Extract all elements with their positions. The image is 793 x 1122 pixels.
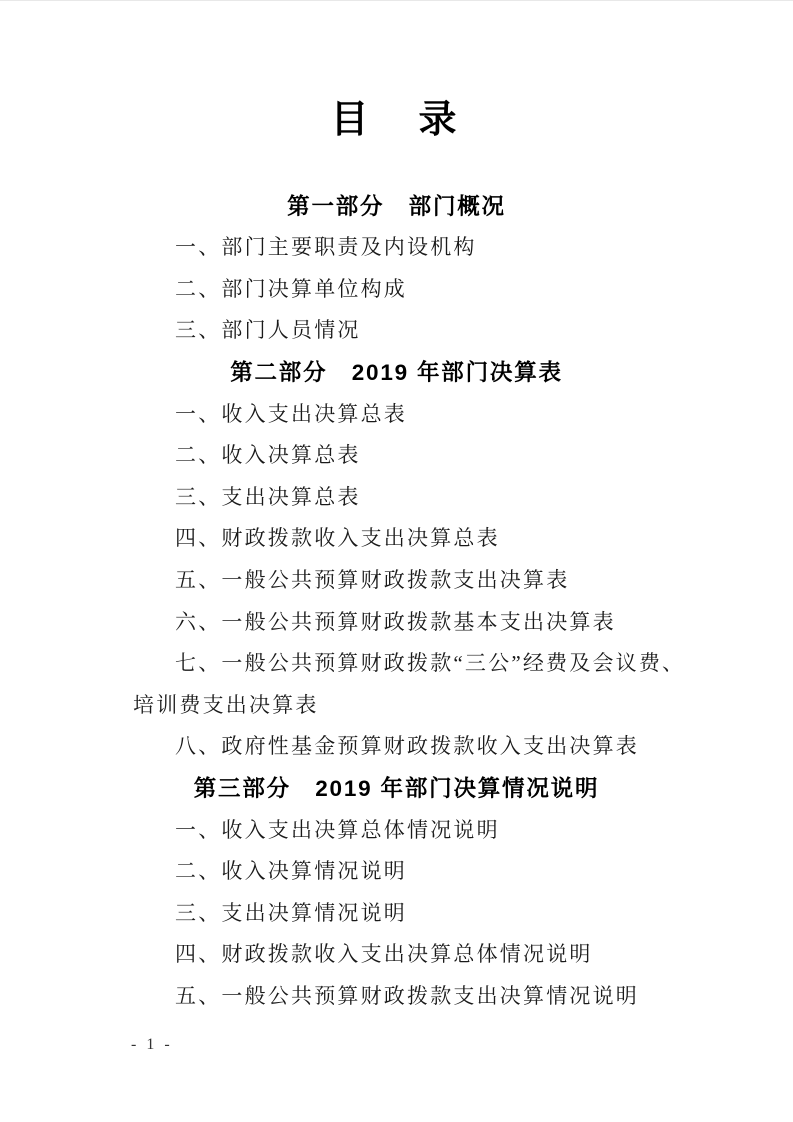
toc-item: 五、一般公共预算财政拨款支出决算表 xyxy=(133,558,660,600)
toc-item: 一、收入支出决算总表 xyxy=(133,392,660,434)
page-number: - 1 - xyxy=(131,1036,173,1054)
toc-item: 五、一般公共预算财政拨款支出决算情况说明 xyxy=(133,974,660,1016)
toc-item: 二、收入决算情况说明 xyxy=(133,849,660,891)
toc-item: 四、财政拨款收入支出决算总表 xyxy=(133,517,660,559)
document-page: 目 录 第一部分 部门概况 一、部门主要职责及内设机构 二、部门决算单位构成 三… xyxy=(0,0,793,1122)
toc-item: 三、支出决算情况说明 xyxy=(133,891,660,933)
toc-item: 三、支出决算总表 xyxy=(133,475,660,517)
toc-item: 一、部门主要职责及内设机构 xyxy=(133,225,660,267)
toc-item-continuation: 培训费支出决算表 xyxy=(133,683,660,725)
toc-item: 一、收入支出决算总体情况说明 xyxy=(133,808,660,850)
table-of-contents: 第一部分 部门概况 一、部门主要职责及内设机构 二、部门决算单位构成 三、部门人… xyxy=(0,184,793,1016)
toc-section-heading-part2: 第二部分 2019 年部门决算表 xyxy=(133,350,660,392)
toc-section-heading-part3: 第三部分 2019 年部门决算情况说明 xyxy=(133,766,660,808)
toc-item: 六、一般公共预算财政拨款基本支出决算表 xyxy=(133,600,660,642)
toc-item: 七、一般公共预算财政拨款“三公”经费及会议费、 xyxy=(133,641,660,683)
toc-item: 八、政府性基金预算财政拨款收入支出决算表 xyxy=(133,725,660,767)
toc-section-heading-part1: 第一部分 部门概况 xyxy=(133,184,660,226)
toc-item: 二、收入决算总表 xyxy=(133,433,660,475)
toc-item: 二、部门决算单位构成 xyxy=(133,267,660,309)
doc-title: 目 录 xyxy=(0,1,793,141)
toc-item: 四、财政拨款收入支出决算总体情况说明 xyxy=(133,933,660,975)
toc-item: 三、部门人员情况 xyxy=(133,309,660,351)
